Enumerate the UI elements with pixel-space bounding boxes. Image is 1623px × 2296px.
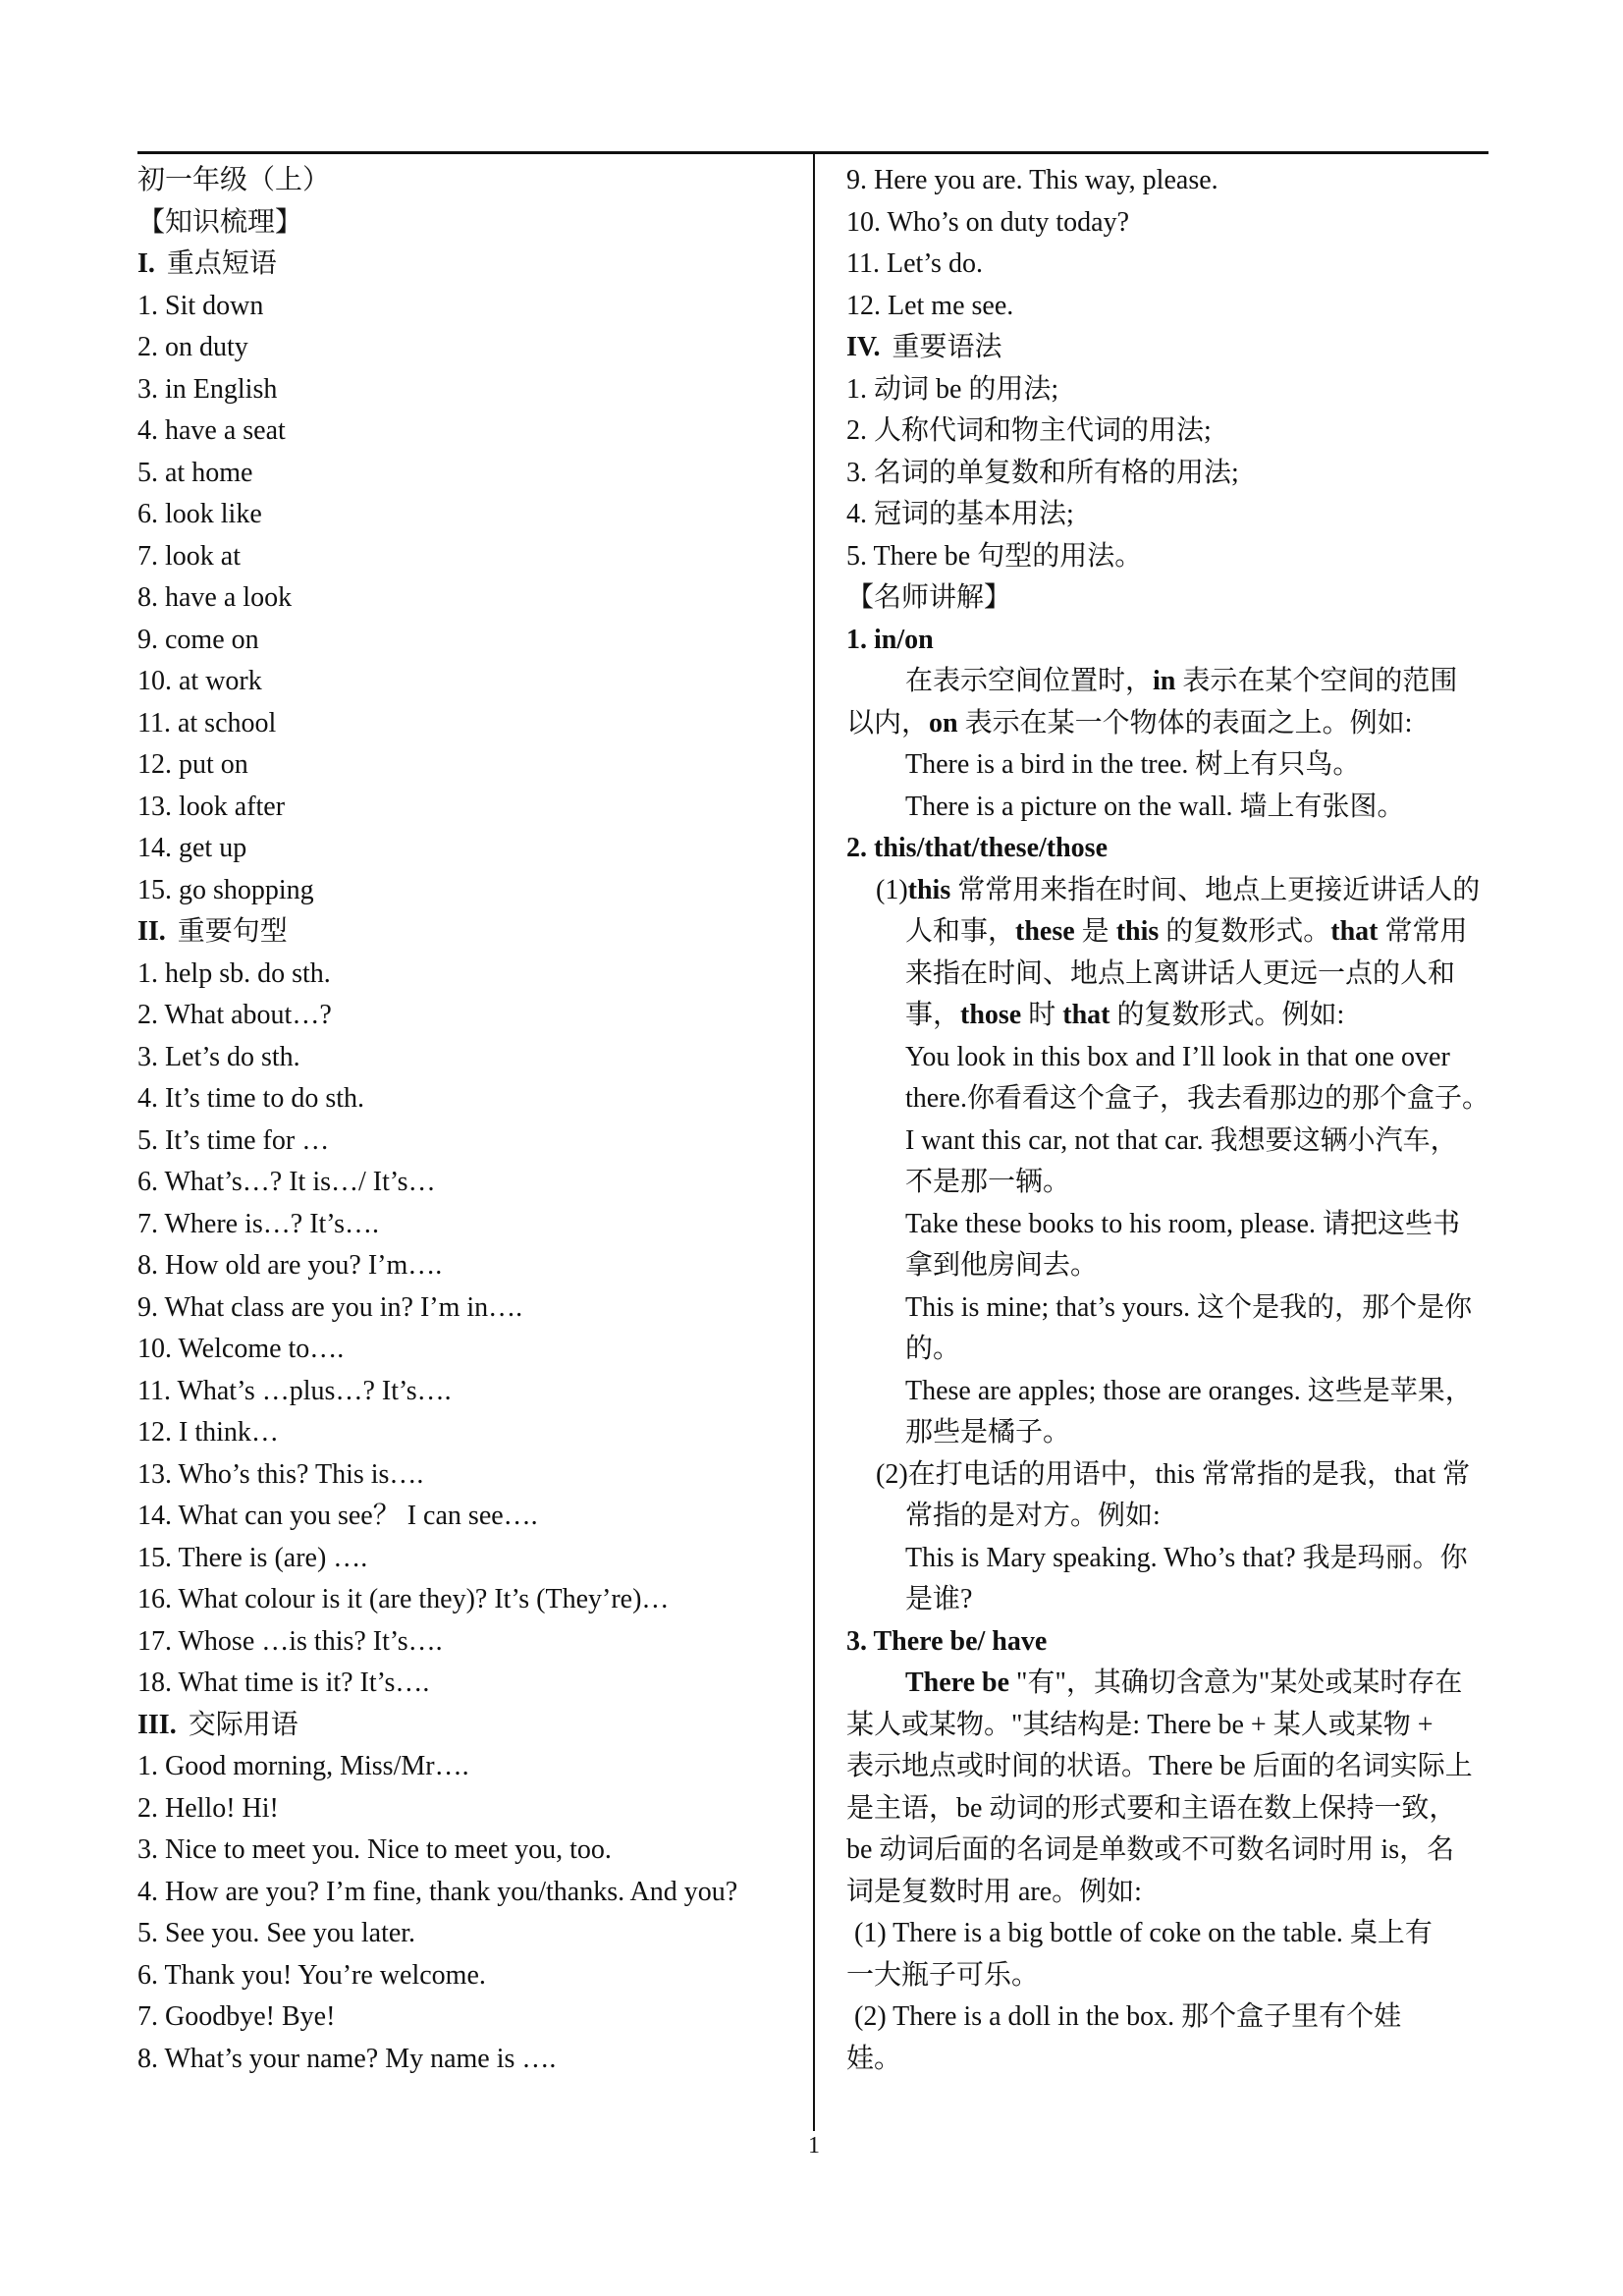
list-item: 15. go shopping	[137, 870, 805, 912]
list-item: 11. What’s …plus…? It’s….	[137, 1371, 805, 1413]
example-line: 的。	[846, 1329, 1494, 1371]
example-line: 娃。	[846, 2039, 1494, 2081]
list-item: 16. What colour is it (are they)? It’s (…	[137, 1579, 805, 1621]
list-item: 8. How old are you? I’m….	[137, 1245, 805, 1287]
page-number: 1	[808, 2133, 820, 2159]
list-item: 2. 人称代词和物主代词的用法;	[846, 410, 1494, 453]
example-line: 一大瓶子可乐。	[846, 1955, 1494, 1997]
text: 事，	[905, 1000, 960, 1030]
paragraph-line: (2)在打电话的用语中，this 常常指的是我，that 常	[846, 1454, 1494, 1497]
text: 是	[1075, 916, 1116, 947]
text: 表示在某一个物体的表面之上。例如:	[958, 708, 1413, 738]
list-item: 3. in English	[137, 369, 805, 411]
example-line: 那些是橘子。	[846, 1412, 1494, 1454]
list-item: 11. Let’s do.	[846, 244, 1494, 286]
list-item: 6. What’s…? It is…/ It’s…	[137, 1162, 805, 1204]
topic3-title: 3. There be/ have	[846, 1621, 1494, 1664]
paragraph-line: 是主语，be 动词的形式要和主语在数上保持一致，	[846, 1788, 1494, 1831]
text: 的复数形式。例如:	[1110, 1000, 1345, 1030]
example-line: there.你看看这个盒子，我去看那边的那个盒子。	[846, 1078, 1494, 1121]
roman-numeral: I.	[137, 248, 155, 279]
example-line: I want this car, not that car. 我想要这辆小汽车，	[846, 1121, 1494, 1163]
right-column: 9. Here you are. This way, please. 10. W…	[846, 160, 1494, 2080]
sentence-pattern-list: 1. help sb. do sth. 2. What about…? 3. L…	[137, 954, 805, 1705]
keyword: on	[929, 708, 958, 738]
column-divider	[813, 152, 815, 2131]
list-item: 12. Let me see.	[846, 286, 1494, 328]
list-item: 5. It’s time for …	[137, 1121, 805, 1163]
list-item: 4. 冠词的基本用法;	[846, 494, 1494, 536]
list-item: 3. Nice to meet you. Nice to meet you, t…	[137, 1830, 805, 1872]
text: 的复数形式。	[1159, 916, 1330, 947]
text: 在表示空间位置时，	[905, 666, 1153, 696]
page-title: 初一年级（上）	[137, 160, 805, 202]
list-item: 5. There be 句型的用法。	[846, 536, 1494, 578]
part1-header: I.重点短语	[137, 244, 805, 286]
example-line: This is Mary speaking. Who’s that? 我是玛丽。…	[846, 1538, 1494, 1580]
paragraph-line: 以内，on 表示在某一个物体的表面之上。例如:	[846, 703, 1494, 745]
grammar-list: 1. 动词 be 的用法; 2. 人称代词和物主代词的用法; 3. 名词的单复数…	[846, 369, 1494, 578]
list-item: 10. at work	[137, 661, 805, 703]
list-item: 8. What’s your name? My name is ….	[137, 2039, 805, 2081]
list-item: 18. What time is it? It’s….	[137, 1663, 805, 1705]
list-item: 4. It’s time to do sth.	[137, 1078, 805, 1121]
text: 表示在某个空间的范围	[1175, 666, 1457, 696]
example-line: You look in this box and I’ll look in th…	[846, 1037, 1494, 1079]
list-item: 1. help sb. do sth.	[137, 954, 805, 996]
list-item: 14. get up	[137, 828, 805, 870]
part4-header: IV.重要语法	[846, 327, 1494, 369]
list-item: 7. look at	[137, 536, 805, 578]
list-item: 11. at school	[137, 703, 805, 745]
paragraph-line: 来指在时间、地点上离讲话人更远一点的人和	[846, 954, 1494, 996]
example-line: This is mine; that’s yours. 这个是我的，那个是你	[846, 1287, 1494, 1330]
list-item: 7. Where is…? It’s….	[137, 1204, 805, 1246]
part3-header: III.交际用语	[137, 1705, 805, 1747]
list-item: 7. Goodbye! Bye!	[137, 1996, 805, 2039]
list-item: 2. Hello! Hi!	[137, 1788, 805, 1831]
keyword: that	[1330, 916, 1378, 947]
list-item: 6. Thank you! You’re welcome.	[137, 1955, 805, 1997]
example-line: 是谁?	[846, 1579, 1494, 1621]
example-line: These are apples; those are oranges. 这些是…	[846, 1371, 1494, 1413]
example-line: 不是那一辆。	[846, 1162, 1494, 1204]
roman-numeral: III.	[137, 1710, 177, 1740]
expression-list: 1. Good morning, Miss/Mr…. 2. Hello! Hi!…	[137, 1746, 805, 2080]
part-title: 交际用语	[189, 1710, 298, 1740]
section-label-knowledge: 【知识梳理】	[137, 202, 805, 245]
topic2-title: 2. this/that/these/those	[846, 828, 1494, 870]
keyword: in	[1153, 666, 1175, 696]
list-item: 9. come on	[137, 620, 805, 662]
text: 常常用	[1379, 916, 1468, 947]
text: (1)	[876, 875, 908, 905]
paragraph-line: There be "有"，其确切含意为"某处或某时存在	[846, 1663, 1494, 1705]
list-item: 3. 名词的单复数和所有格的用法;	[846, 453, 1494, 495]
list-item: 9. Here you are. This way, please.	[846, 160, 1494, 202]
list-item: 3. Let’s do sth.	[137, 1037, 805, 1079]
keyword: that	[1062, 1000, 1109, 1030]
roman-numeral: IV.	[846, 332, 881, 362]
list-item: 10. Welcome to….	[137, 1329, 805, 1371]
keyword: these	[1015, 916, 1075, 947]
list-item: 6. look like	[137, 494, 805, 536]
list-item: 14. What can you see？ I can see….	[137, 1496, 805, 1538]
roman-numeral: II.	[137, 916, 166, 947]
section-label-teacher: 【名师讲解】	[846, 577, 1494, 620]
list-item: 13. look after	[137, 787, 805, 829]
list-item: 13. Who’s this? This is….	[137, 1454, 805, 1497]
paragraph-line: 常指的是对方。例如:	[846, 1496, 1494, 1538]
example-line: (1) There is a big bottle of coke on the…	[846, 1913, 1494, 1955]
example-line: Take these books to his room, please. 请把…	[846, 1204, 1494, 1246]
example-line: There is a picture on the wall. 墙上有张图。	[846, 787, 1494, 829]
list-item: 15. There is (are) ….	[137, 1538, 805, 1580]
left-column: 初一年级（上） 【知识梳理】 I.重点短语 1. Sit down 2. on …	[137, 160, 805, 2080]
example-line: 拿到他房间去。	[846, 1245, 1494, 1287]
text: 常常用来指在时间、地点上更接近讲话人的	[950, 875, 1480, 905]
part2-header: II.重要句型	[137, 911, 805, 954]
list-item: 12. put on	[137, 744, 805, 787]
list-item: 1. Sit down	[137, 286, 805, 328]
list-item: 2. on duty	[137, 327, 805, 369]
list-item: 8. have a look	[137, 577, 805, 620]
part-title: 重点短语	[167, 248, 277, 279]
paragraph-line: be 动词后面的名词是单数或不可数名词时用 is，名	[846, 1830, 1494, 1872]
list-item: 1. 动词 be 的用法;	[846, 369, 1494, 411]
list-item: 10. Who’s on duty today?	[846, 202, 1494, 245]
list-item: 1. Good morning, Miss/Mr….	[137, 1746, 805, 1788]
paragraph-line: 事，those 时 that 的复数形式。例如:	[846, 995, 1494, 1037]
list-item: 5. at home	[137, 453, 805, 495]
text: 时	[1021, 1000, 1062, 1030]
part-title: 重要语法	[893, 332, 1002, 362]
list-item: 5. See you. See you later.	[137, 1913, 805, 1955]
phrase-list: 1. Sit down 2. on duty 3. in English 4. …	[137, 286, 805, 912]
text: 以内，	[846, 708, 929, 738]
paragraph-line: 某人或某物。"其结构是: There be + 某人或某物 +	[846, 1705, 1494, 1747]
keyword: those	[960, 1000, 1021, 1030]
expression-list-continued: 9. Here you are. This way, please. 10. W…	[846, 160, 1494, 327]
list-item: 4. How are you? I’m fine, thank you/than…	[137, 1872, 805, 1914]
keyword: There be	[905, 1667, 1009, 1698]
paragraph-line: 人和事，these 是 this 的复数形式。that 常常用	[846, 911, 1494, 954]
list-item: 4. have a seat	[137, 410, 805, 453]
list-item: 9. What class are you in? I’m in….	[137, 1287, 805, 1330]
paragraph-line: (1)this 常常用来指在时间、地点上更接近讲话人的	[846, 870, 1494, 912]
list-item: 17. Whose …is this? It’s….	[137, 1621, 805, 1664]
list-item: 2. What about…?	[137, 995, 805, 1037]
keyword: this	[1116, 916, 1160, 947]
paragraph-line: 词是复数时用 are。例如:	[846, 1872, 1494, 1914]
example-line: (2) There is a doll in the box. 那个盒子里有个娃	[846, 1996, 1494, 2039]
part-title: 重要句型	[178, 916, 288, 947]
keyword: this	[908, 875, 951, 905]
example-line: There is a bird in the tree. 树上有只鸟。	[846, 744, 1494, 787]
list-item: 12. I think…	[137, 1412, 805, 1454]
text: "有"，其确切含意为"某处或某时存在	[1009, 1667, 1462, 1698]
paragraph-line: 表示地点或时间的状语。There be 后面的名词实际上	[846, 1746, 1494, 1788]
paragraph-line: 在表示空间位置时，in 表示在某个空间的范围	[846, 661, 1494, 703]
text: 人和事，	[905, 916, 1015, 947]
topic1-title: 1. in/on	[846, 620, 1494, 662]
